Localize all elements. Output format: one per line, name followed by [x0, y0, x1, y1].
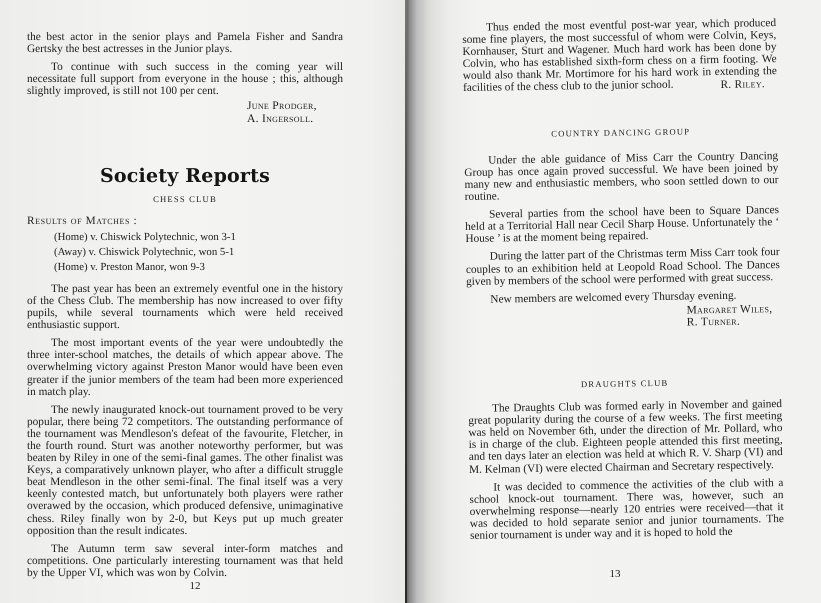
- draughts-club-heading: Draughts Club: [468, 375, 782, 392]
- match-result: (Home) v. Preston Manor, won 9-3: [54, 260, 343, 275]
- results-label: Results of Matches :: [27, 215, 343, 227]
- paragraph: The Autumn term saw several inter-form m…: [27, 543, 343, 579]
- signature-line: June Prodger,: [27, 100, 343, 112]
- page-number: 13: [605, 568, 625, 580]
- paragraph: The newly inaugurated knock-out tourname…: [27, 404, 343, 537]
- paragraph: The most important events of the year we…: [27, 337, 343, 397]
- paragraph: During the latter part of the Christmas …: [466, 246, 781, 287]
- paragraph: The Draughts Club was formed early in No…: [468, 398, 783, 475]
- left-page-column: the best actor in the senior plays and P…: [27, 31, 343, 585]
- section-title: Society Reports: [27, 165, 343, 187]
- house-report-signature: June Prodger, A. Ingersoll.: [27, 100, 343, 124]
- right-page: Thus ended the most eventful post-war ye…: [407, 0, 821, 603]
- page-number: 12: [185, 580, 205, 592]
- match-results-list: (Home) v. Chiswick Polytechnic, won 3-1 …: [27, 230, 343, 275]
- paragraph: It was decided to commence the activitie…: [469, 477, 784, 542]
- paragraph: The past year has been an extremely even…: [27, 283, 343, 331]
- chess-club-heading: Chess Club: [27, 193, 343, 205]
- paragraph: the best actor in the senior plays and P…: [27, 31, 343, 55]
- book-spine-gutter: [405, 0, 407, 603]
- match-result: (Home) v. Chiswick Polytechnic, won 3-1: [54, 230, 343, 245]
- paragraph: Several parties from the school have bee…: [465, 204, 780, 245]
- right-page-column: Thus ended the most eventful post-war ye…: [462, 17, 784, 548]
- paragraph: To continue with such success in the com…: [27, 61, 343, 97]
- left-page: the best actor in the senior plays and P…: [0, 0, 407, 603]
- country-dancing-signature: Margaret Wiles, R. Turner.: [466, 303, 780, 332]
- match-result: (Away) v. Chiswick Polytechnic, won 5-1: [54, 245, 343, 260]
- paragraph: Under the able guidance of Miss Carr the…: [464, 150, 779, 203]
- country-dancing-heading: Country Dancing Group: [464, 124, 778, 141]
- signature-line: A. Ingersoll.: [27, 113, 343, 125]
